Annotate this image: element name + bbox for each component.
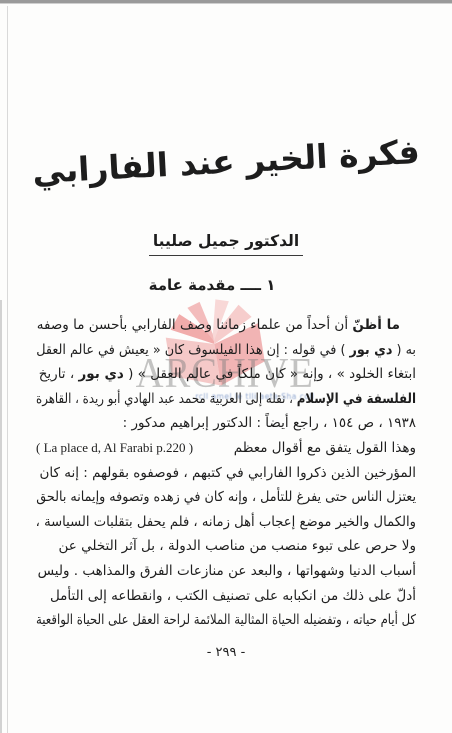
text-segment: دي بور — [79, 366, 124, 382]
body-line: ابتغاء الخلود » ، وإنه « كان ملكاً في عا… — [36, 362, 416, 387]
body-line: والكمال والخير موضع إعجاب أهل زمانه ، فل… — [46, 510, 416, 535]
section-heading: ١ ــــ مقدمة عامة — [0, 275, 452, 294]
section-heading-text: ١ ــــ مقدمة عامة — [149, 276, 276, 294]
body-line: الفلسفة في الإسلام ، نقله إلى العربية مح… — [84, 387, 416, 412]
text-segment: ) في قوله : إن هذا الفيلسوف كان « يعيش ف… — [36, 342, 349, 358]
text-segment: كل أيام حياته ، وتفضيله الحياة المثالية … — [36, 612, 416, 628]
body-line: ولا حرص على تبوء منصب من مناصب الدولة ، … — [36, 534, 416, 559]
text-segment: ١٩٣٨ ، ص ١٥٤ ، راجع أيضاً : الدكتور إبرا… — [123, 415, 416, 431]
text-segment: والكمال والخير موضع إعجاب أهل زمانه ، فل… — [36, 514, 416, 530]
text-segment: أسباب الدنيا وشهواتها ، والبعد عن منازعا… — [38, 563, 416, 579]
text-segment: المؤرخين الذين ذكروا الفارابي في كتبهم ،… — [39, 465, 416, 481]
author-name: الدكتور جميل صليبا — [149, 232, 303, 256]
page-edge-strip — [0, 300, 2, 733]
body-line: يعتزل الناس حتى يفرغ للتأمل ، وإنه كان ف… — [58, 485, 416, 510]
text-segment: به ( — [392, 342, 416, 358]
page-title-calligraphy: فكرة الخير عند الفارابي — [0, 130, 452, 193]
text-segment: يعتزل الناس حتى يفرغ للتأمل ، وإنه كان ف… — [36, 489, 416, 505]
body-line: المؤرخين الذين ذكروا الفارابي في كتبهم ،… — [36, 461, 416, 486]
text-segment: أن أحداً من علماء زماننا وصف الفارابي بأ… — [37, 317, 353, 333]
text-segment: أدلّ على ذلك من انكبابه على تصنيف الكتب … — [50, 588, 416, 604]
text-segment: ما أظنّ — [352, 317, 400, 333]
body-line: كل أيام حياته ، وتفضيله الحياة المثالية … — [87, 608, 416, 633]
scan-top-edge — [0, 0, 452, 4]
text-segment: ولا حرص على تبوء منصب من مناصب الدولة ، … — [59, 538, 417, 554]
text-segment: ، تاريخ — [39, 366, 79, 382]
text-segment: الفلسفة في الإسلام — [297, 391, 416, 407]
text-segment: ابتغاء الخلود » ، وإنه « كان ملكاً في عا… — [124, 366, 416, 382]
page-edge-line — [7, 6, 8, 733]
text-segment: وهذا القول يتفق مع أقوال معظم — [234, 436, 416, 461]
body-line: به ( دي بور ) في قوله : إن هذا الفيلسوف … — [56, 338, 416, 363]
page-number: - ٢٩٩ - — [0, 645, 452, 660]
body-line: ١٩٣٨ ، ص ١٥٤ ، راجع أيضاً : الدكتور إبرا… — [36, 411, 416, 436]
text-segment: ( La place d, Al Farabi p.220 ) — [36, 436, 193, 461]
body-paragraph: ما أظنّ أن أحداً من علماء زماننا وصف الف… — [36, 313, 416, 633]
text-segment: ، نقله إلى العربية محمد عبد الهادي أبو ر… — [36, 391, 297, 407]
text-segment: دي بور — [350, 342, 393, 358]
author-line: الدكتور جميل صليبا — [0, 231, 452, 256]
body-line: وهذا القول يتفق مع أقوال معظم( La place … — [36, 436, 416, 461]
body-line: ما أظنّ أن أحداً من علماء زماننا وصف الف… — [36, 313, 416, 338]
body-line: أدلّ على ذلك من انكبابه على تصنيف الكتب … — [36, 584, 416, 609]
body-line: أسباب الدنيا وشهواتها ، والبعد عن منازعا… — [36, 559, 416, 584]
